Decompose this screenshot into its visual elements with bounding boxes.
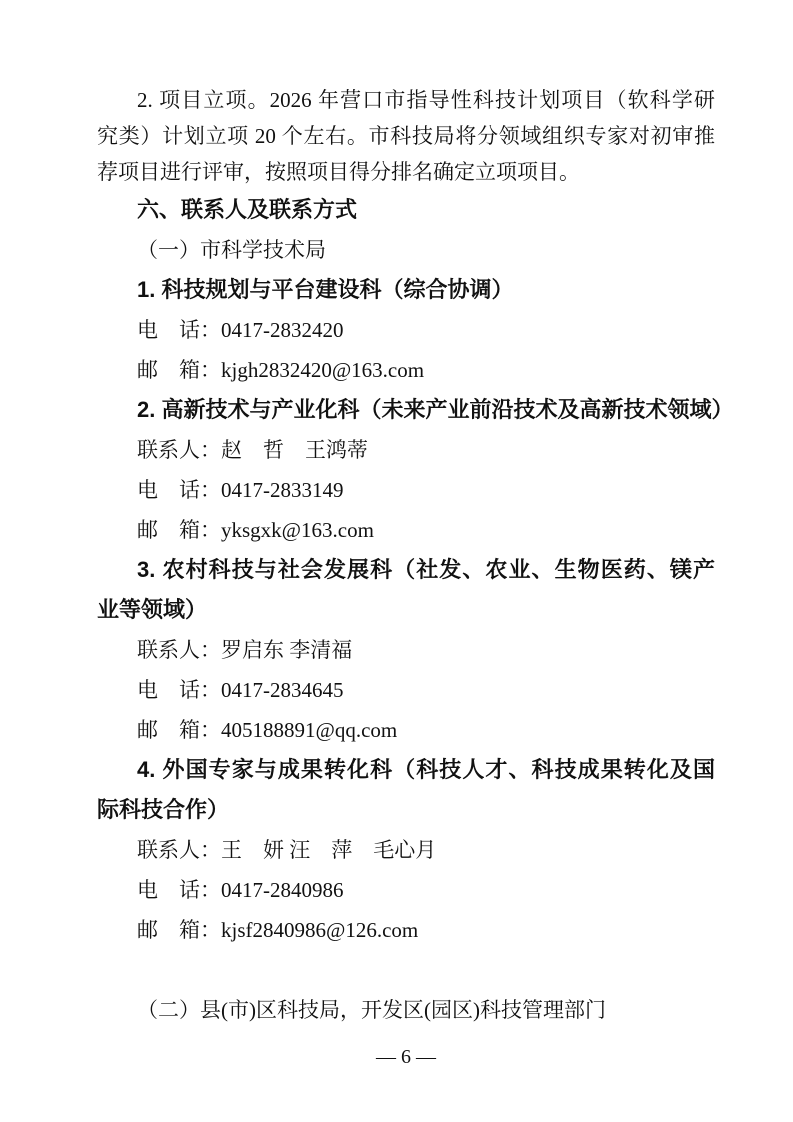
subsection-heading-2: （二）县(市)区科技局，开发区(园区)科技管理部门 bbox=[97, 990, 715, 1030]
phone-label: 电 话： bbox=[137, 478, 221, 502]
page-number: — 6 — bbox=[97, 1043, 715, 1071]
department-3: 3. 农村科技与社会发展科（社发、农业、生物医药、镁产 业等领域） 联系人：罗启… bbox=[97, 550, 715, 750]
email-value: kjsf2840986@126.com bbox=[221, 918, 418, 942]
person-value: 王 妍 汪 萍 毛心月 bbox=[221, 838, 436, 862]
phone-value: 0417-2834645 bbox=[221, 678, 344, 702]
department-title: 2. 高新技术与产业化科（未来产业前沿技术及高新技术领域） bbox=[97, 390, 715, 430]
department-title-line-1: 4. 外国专家与成果转化科（科技人才、科技成果转化及国 bbox=[97, 750, 715, 790]
phone-value: 0417-2833149 bbox=[221, 478, 344, 502]
subsection-heading-1: （一）市科学技术局 bbox=[97, 230, 715, 270]
contact-person-line: 联系人：王 妍 汪 萍 毛心月 bbox=[97, 830, 715, 870]
phone-line: 电 话：0417-2832420 bbox=[97, 310, 715, 350]
document-page: 2. 项目立项。2026 年营口市指导性科技计划项目（软科学研 究类）计划立项 … bbox=[0, 0, 793, 1122]
email-label: 邮 箱： bbox=[137, 518, 221, 542]
person-label: 联系人： bbox=[137, 638, 221, 662]
person-value: 赵 哲 王鸿蒂 bbox=[221, 438, 368, 462]
phone-line: 电 话：0417-2840986 bbox=[97, 870, 715, 910]
email-line: 邮 箱：kjsf2840986@126.com bbox=[97, 910, 715, 950]
email-value: 405188891@qq.com bbox=[221, 718, 397, 742]
email-label: 邮 箱： bbox=[137, 918, 221, 942]
person-label: 联系人： bbox=[137, 838, 221, 862]
email-value: kjgh2832420@163.com bbox=[221, 358, 424, 382]
email-label: 邮 箱： bbox=[137, 358, 221, 382]
phone-line: 电 话：0417-2834645 bbox=[97, 670, 715, 710]
person-value: 罗启东 李清福 bbox=[221, 638, 352, 662]
paragraph-line: 究类）计划立项 20 个左右。市科技局将分领域组织专家对初审推 bbox=[97, 118, 715, 154]
contact-person-line: 联系人：罗启东 李清福 bbox=[97, 630, 715, 670]
person-label: 联系人： bbox=[137, 438, 221, 462]
phone-value: 0417-2840986 bbox=[221, 878, 344, 902]
paragraph-line: 2. 项目立项。2026 年营口市指导性科技计划项目（软科学研 bbox=[97, 82, 715, 118]
department-title-line-2: 际科技合作） bbox=[97, 790, 715, 830]
department-2: 2. 高新技术与产业化科（未来产业前沿技术及高新技术领域） 联系人：赵 哲 王鸿… bbox=[97, 390, 715, 550]
department-title-line-1: 3. 农村科技与社会发展科（社发、农业、生物医药、镁产 bbox=[97, 550, 715, 590]
phone-label: 电 话： bbox=[137, 678, 221, 702]
email-line: 邮 箱：405188891@qq.com bbox=[97, 710, 715, 750]
department-1: 1. 科技规划与平台建设科（综合协调） 电 话：0417-2832420 邮 箱… bbox=[97, 270, 715, 390]
department-title-line-2: 业等领域） bbox=[97, 590, 715, 630]
phone-line: 电 话：0417-2833149 bbox=[97, 470, 715, 510]
email-line: 邮 箱：yksgxk@163.com bbox=[97, 510, 715, 550]
intro-paragraph: 2. 项目立项。2026 年营口市指导性科技计划项目（软科学研 究类）计划立项 … bbox=[97, 82, 715, 190]
email-line: 邮 箱：kjgh2832420@163.com bbox=[97, 350, 715, 390]
phone-label: 电 话： bbox=[137, 878, 221, 902]
blank-spacer bbox=[97, 950, 715, 990]
contact-person-line: 联系人：赵 哲 王鸿蒂 bbox=[97, 430, 715, 470]
section-heading: 六、联系人及联系方式 bbox=[97, 190, 715, 230]
department-4: 4. 外国专家与成果转化科（科技人才、科技成果转化及国 际科技合作） 联系人：王… bbox=[97, 750, 715, 950]
email-value: yksgxk@163.com bbox=[221, 518, 374, 542]
phone-label: 电 话： bbox=[137, 318, 221, 342]
paragraph-line: 荐项目进行评审，按照项目得分排名确定立项项目。 bbox=[97, 154, 715, 190]
phone-value: 0417-2832420 bbox=[221, 318, 344, 342]
department-title: 1. 科技规划与平台建设科（综合协调） bbox=[97, 270, 715, 310]
email-label: 邮 箱： bbox=[137, 718, 221, 742]
